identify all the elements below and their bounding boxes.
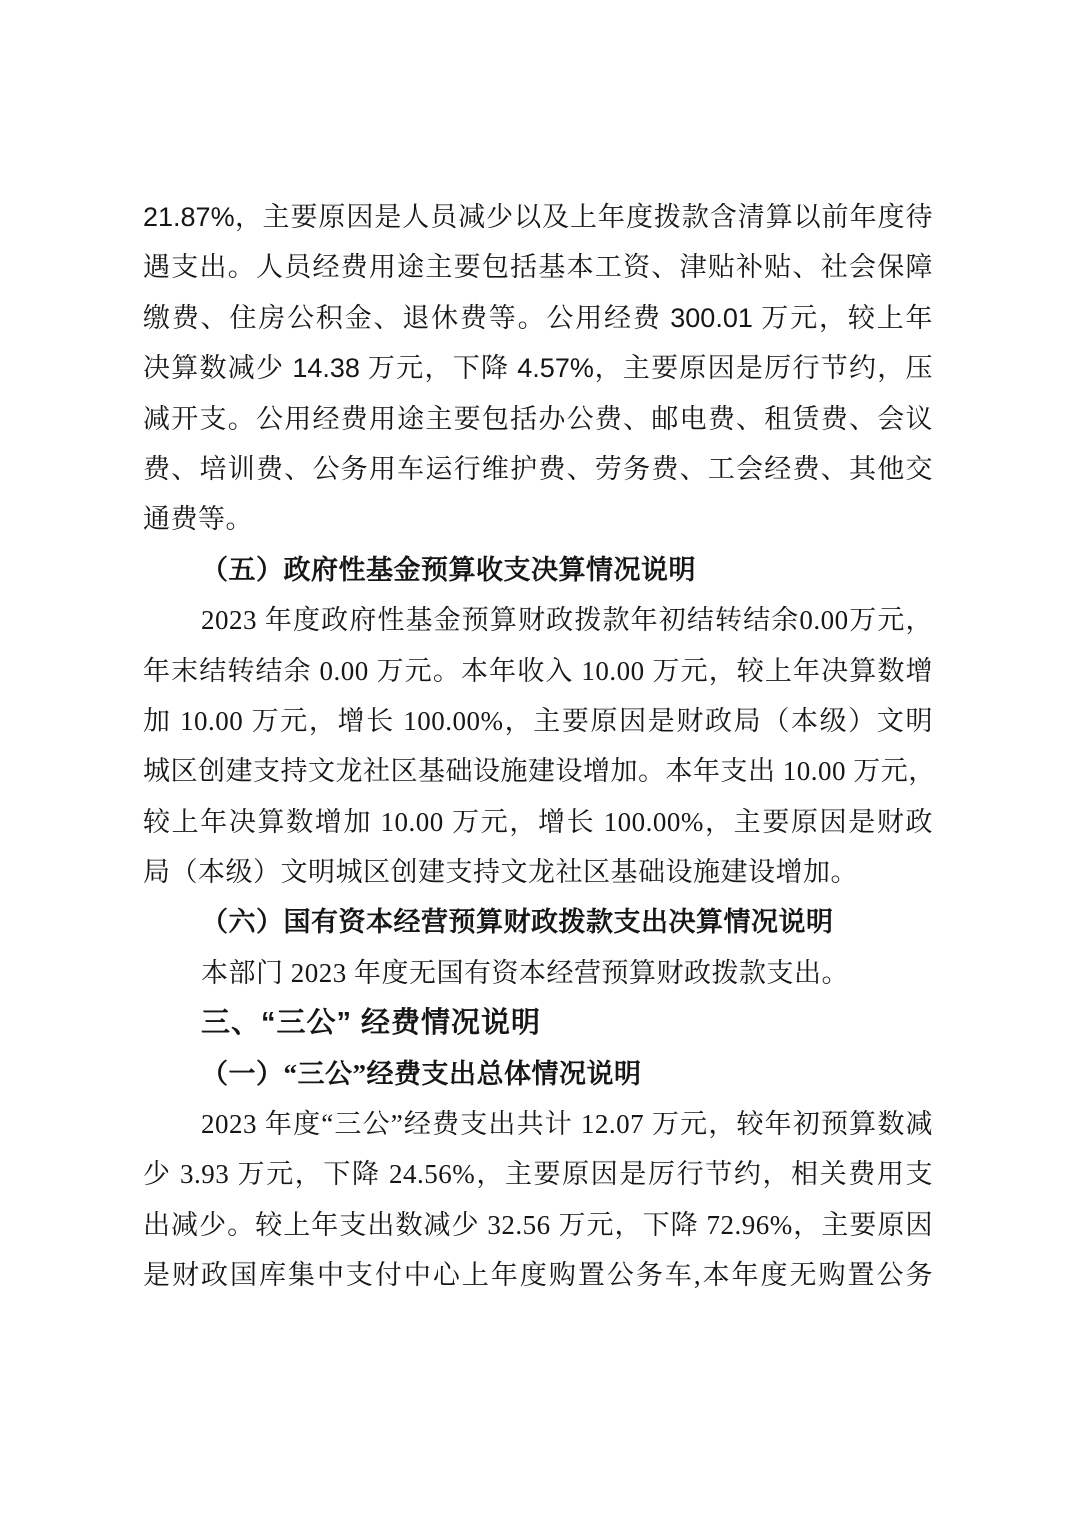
paragraph-line: 年末结转结余 0.00 万元。本年收入 10.00 万元，较上年决算数增 [143,646,933,696]
body-text: 缴费、住房公积金、退休费等。公用经费 [143,303,670,333]
body-text: 城区创建支持文龙社区基础设施建设增加。本年支出 10.00 万元， [143,756,936,786]
paragraph-line: 少 3.93 万元，下降 24.56%，主要原因是厉行节约，相关费用支 [143,1149,933,1199]
body-text: 减开支。公用经费用途主要包括办公费、邮电费、租赁费、会议 [143,404,933,434]
heading-text: 三、“三公” 经费情况说明 [201,1007,541,1039]
section-heading-3-1: （一）“三公”经费支出总体情况说明 [143,1049,933,1099]
body-text: ，主要原因是厉行节约，压 [594,353,933,383]
paragraph-line: 2023 年度政府性基金预算财政拨款年初结转结余0.00万元， [143,595,933,645]
body-text: 万元，下降 [360,353,517,383]
paragraph-line: 减开支。公用经费用途主要包括办公费、邮电费、租赁费、会议 [143,394,933,444]
document-page: 21.87%，主要原因是人员减少以及上年度拨款含清算以前年度待 遇支出。人员经费… [0,0,1074,1520]
paragraph-line: 2023 年度“三公”经费支出共计 12.07 万元，较年初预算数减 [143,1099,933,1149]
body-text: 是财政国库集中支付中心上年度购置公务车,本年度无购置公务 [143,1260,933,1290]
heading-text: （五）政府性基金预算收支决算情况说明 [201,555,696,585]
paragraph-line: 21.87%，主要原因是人员减少以及上年度拨款含清算以前年度待 [143,192,933,242]
body-text: 加 10.00 万元，增长 100.00%，主要原因是财政局（本级）文明 [143,706,933,736]
body-text: 通费等。 [143,504,253,534]
paragraph-line: 较上年决算数增加 10.00 万元，增长 100.00%，主要原因是财政 [143,797,933,847]
body-text: 较上年决算数增加 10.00 万元，增长 100.00%，主要原因是财政 [143,807,933,837]
paragraph-line: 缴费、住房公积金、退休费等。公用经费 300.01 万元，较上年 [143,293,933,343]
chapter-heading-3: 三、“三公” 经费情况说明 [143,998,933,1048]
paragraph-line: 出减少。较上年支出数减少 32.56 万元，下降 72.96%，主要原因 [143,1200,933,1250]
section-heading-5: （五）政府性基金预算收支决算情况说明 [143,545,933,595]
paragraph-line: 通费等。 [143,494,933,544]
body-text: 局（本级）文明城区创建支持文龙社区基础设施建设增加。 [143,857,858,887]
body-text: 2023 年度政府性基金预算财政拨款年初结转结余0.00万元， [201,605,933,635]
body-text: 决算数减少 [143,353,292,383]
heading-text: （六）国有资本经营预算财政拨款支出决算情况说明 [201,907,834,937]
paragraph-line: 费、培训费、公务用车运行维护费、劳务费、工会经费、其他交 [143,444,933,494]
figure-value: 300.01 [670,303,753,333]
body-text: 出减少。较上年支出数减少 32.56 万元，下降 72.96%，主要原因 [143,1210,933,1240]
body-text: 主要原因是人员减少以及上年度拨款含清算以前年度待 [263,202,934,232]
document-text-block: 21.87%，主要原因是人员减少以及上年度拨款含清算以前年度待 遇支出。人员经费… [143,192,933,1301]
paragraph-line: 本部门 2023 年度无国有资本经营预算财政拨款支出。 [143,948,933,998]
body-text: 本部门 2023 年度无国有资本经营预算财政拨款支出。 [201,958,849,988]
body-text: 2023 年度“三公”经费支出共计 12.07 万元，较年初预算数减 [201,1109,933,1139]
body-text: 遇支出。人员经费用途主要包括基本工资、津贴补贴、社会保障 [143,252,933,282]
body-text: 年末结转结余 0.00 万元。本年收入 10.00 万元，较上年决算数增 [143,656,933,686]
paragraph-line: 遇支出。人员经费用途主要包括基本工资、津贴补贴、社会保障 [143,242,933,292]
body-text: 少 3.93 万元，下降 24.56%，主要原因是厉行节约，相关费用支 [143,1159,933,1189]
paragraph-line: 城区创建支持文龙社区基础设施建设增加。本年支出 10.00 万元， [143,746,933,796]
figure-value: 14.38 [292,353,360,383]
figure-value: 4.57% [517,353,594,383]
paragraph-line: 决算数减少 14.38 万元，下降 4.57%，主要原因是厉行节约，压 [143,343,933,393]
paragraph-line: 局（本级）文明城区创建支持文龙社区基础设施建设增加。 [143,847,933,897]
body-text: 费、培训费、公务用车运行维护费、劳务费、工会经费、其他交 [143,454,933,484]
body-text: 万元，较上年 [753,303,933,333]
heading-text: （一）“三公”经费支出总体情况说明 [201,1059,642,1089]
section-heading-6: （六）国有资本经营预算财政拨款支出决算情况说明 [143,897,933,947]
figure-value: 21.87%， [143,202,263,232]
paragraph-line: 加 10.00 万元，增长 100.00%，主要原因是财政局（本级）文明 [143,696,933,746]
paragraph-line: 是财政国库集中支付中心上年度购置公务车,本年度无购置公务 [143,1250,933,1300]
